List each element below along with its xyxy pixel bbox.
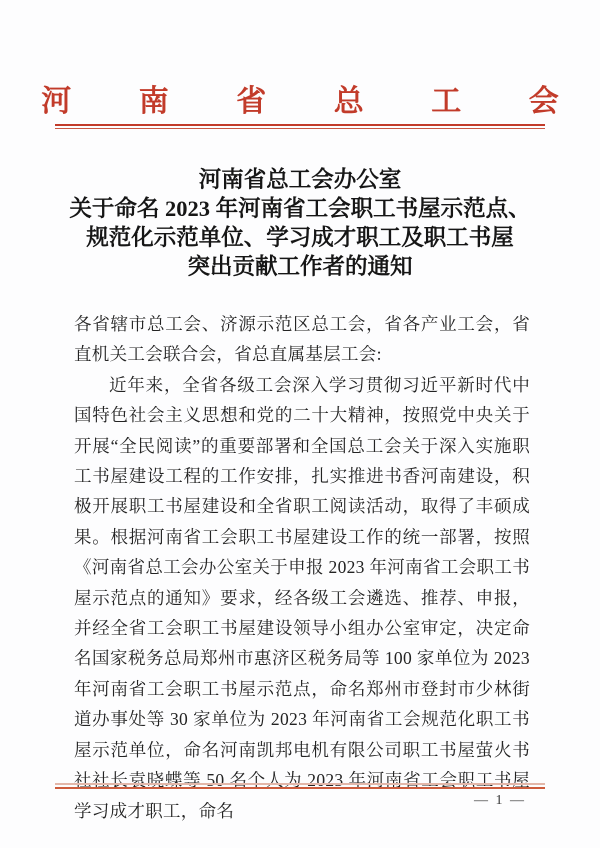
document-title-line-2: 关于命名 2023 年河南省工会职工书屋示范点、 xyxy=(40,194,560,223)
document-title-line-1: 河南省总工会办公室 xyxy=(40,165,560,194)
salutation-text: 各省辖市总工会、济源示范区总工会，省各产业工会，省直机关工会联合会，省总直属基层… xyxy=(74,309,530,370)
document-page: 河 南 省 总 工 会 河南省总工会办公室 关于命名 2023 年河南省工会职工… xyxy=(0,0,600,848)
footer-rule xyxy=(55,783,545,789)
letterhead-org-name: 河 南 省 总 工 会 xyxy=(0,76,600,120)
page-number: — 1 — xyxy=(474,793,526,809)
document-title-line-4: 突出贡献工作者的通知 xyxy=(40,252,560,281)
letterhead-double-rule xyxy=(55,124,545,129)
document-title-line-3: 规范化示范单位、学习成才职工及职工书屋 xyxy=(40,223,560,252)
document-body: 各省辖市总工会、济源示范区总工会，省各产业工会，省直机关工会联合会，省总直属基层… xyxy=(74,309,530,826)
body-paragraph: 近年来，全省各级工会深入学习贯彻习近平新时代中国特色社会主义思想和党的二十大精神… xyxy=(74,370,530,826)
document-title: 河南省总工会办公室 关于命名 2023 年河南省工会职工书屋示范点、 规范化示范… xyxy=(40,165,560,281)
